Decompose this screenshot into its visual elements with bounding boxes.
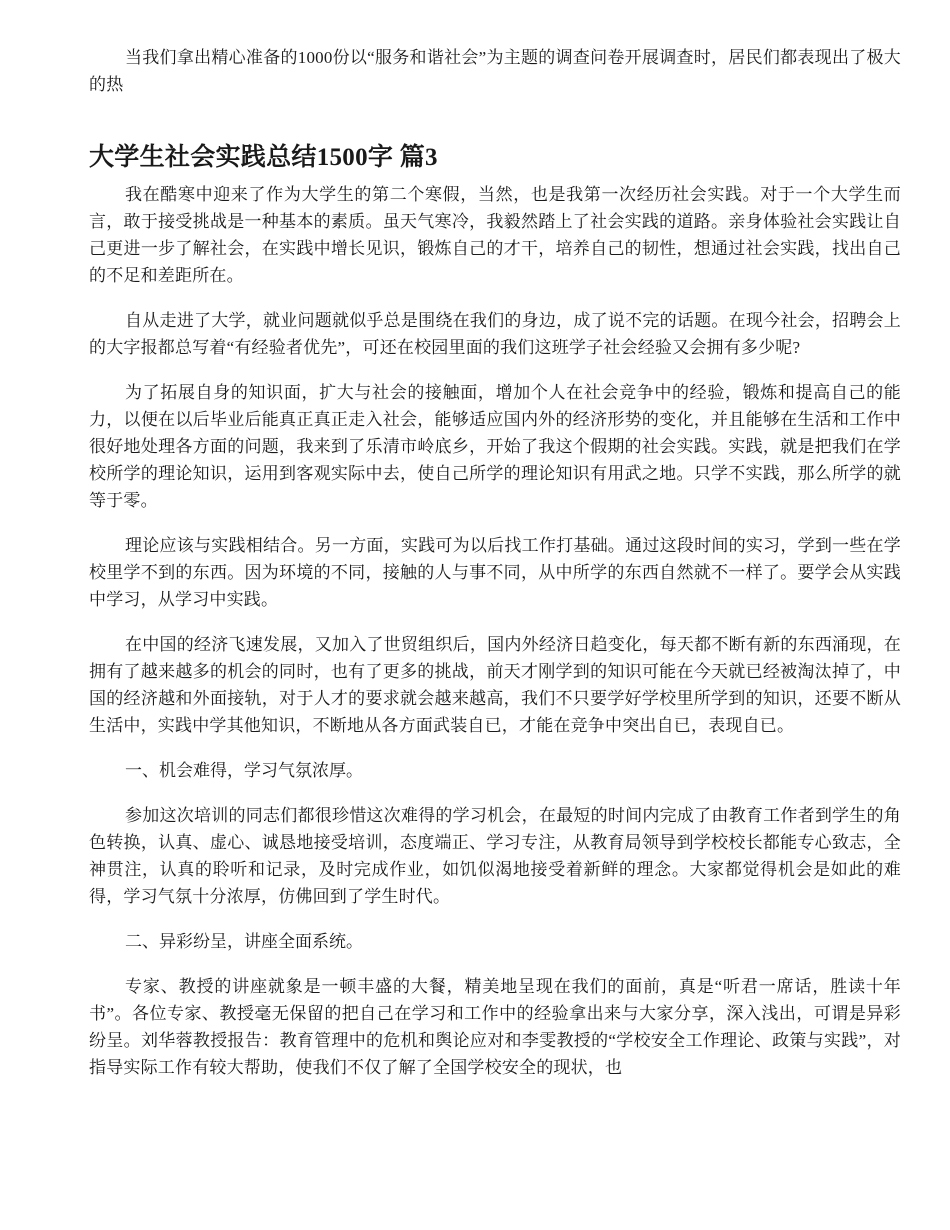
document-page: 当我们拿出精心准备的1000份以“服务和谐社会”为主题的调查问卷开展调查时，居民… [89,44,901,1099]
body-paragraph-4: 理论应该与实践相结合。另一方面，实践可为以后找工作打基础。通过这段时间的实习，学… [89,532,901,613]
section-2-title: 二、异彩纷呈，讲座全面系统。 [89,928,901,955]
body-paragraph-1: 我在酷寒中迎来了作为大学生的第二个寒假，当然，也是我第一次经历社会实践。对于一个… [89,181,901,289]
section-1-title: 一、机会难得，学习气氛浓厚。 [89,757,901,784]
body-paragraph-5: 在中国的经济飞速发展，又加入了世贸组织后，国内外经济日趋变化，每天都不断有新的东… [89,631,901,739]
intro-paragraph: 当我们拿出精心准备的1000份以“服务和谐社会”为主题的调查问卷开展调查时，居民… [89,44,901,98]
section-2-paragraph: 专家、教授的讲座就象是一顿丰盛的大餐，精美地呈现在我们的面前，真是“听君一席话，… [89,973,901,1081]
section-1-paragraph: 参加这次培训的同志们都很珍惜这次难得的学习机会，在最短的时间内完成了由教育工作者… [89,802,901,910]
body-paragraph-3: 为了拓展自身的知识面，扩大与社会的接触面，增加个人在社会竞争中的经验，锻炼和提高… [89,379,901,514]
body-paragraph-2: 自从走进了大学，就业问题就似乎总是围绕在我们的身边，成了说不完的话题。在现今社会… [89,307,901,361]
article-heading: 大学生社会实践总结1500字 篇3 [89,141,901,175]
